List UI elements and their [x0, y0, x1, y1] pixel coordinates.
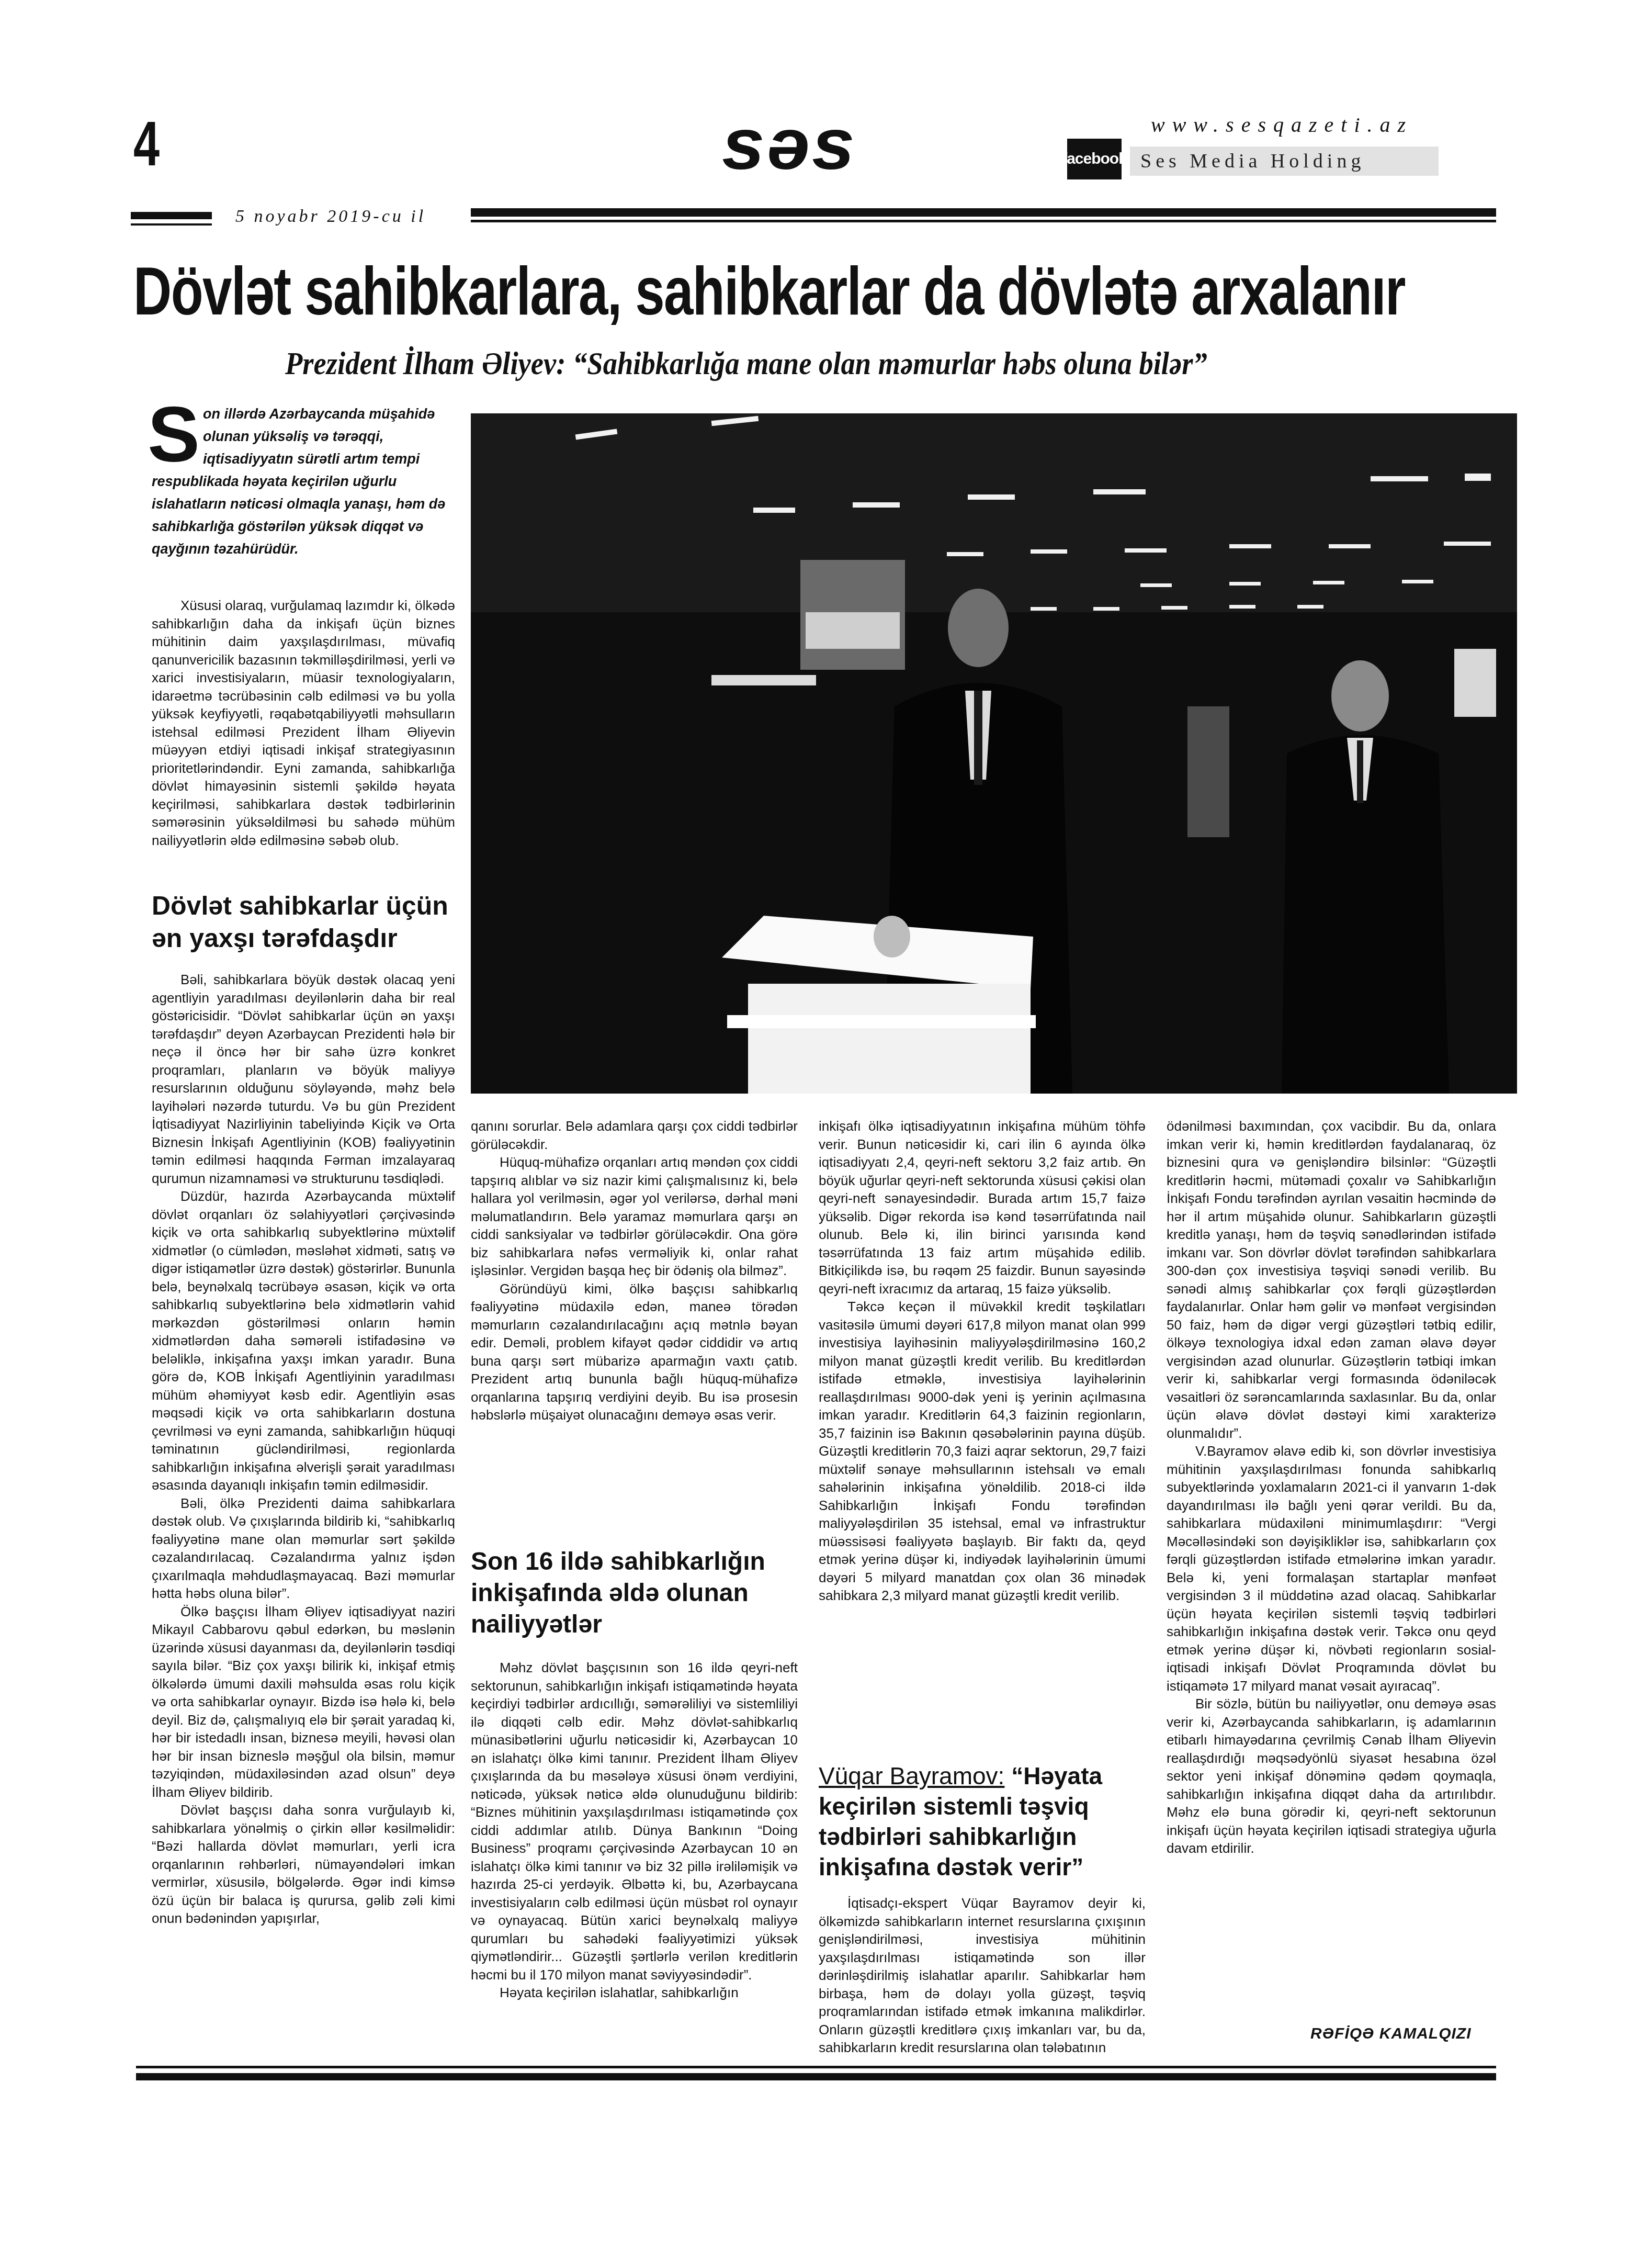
- website-link[interactable]: www.sesqazeti.az: [1151, 112, 1413, 137]
- paragraph: qanını sorurlar. Belə adamlara qarşı çox…: [471, 1117, 798, 1153]
- article-headline: Dövlət sahibkarlara, sahibkarlar da dövl…: [133, 254, 1215, 329]
- issue-date: 5 noyabr 2019-cu il: [235, 207, 426, 227]
- paragraph: Məhz dövlət başçısının son 16 ildə qeyri…: [471, 1659, 798, 1984]
- media-holding-label: Ses Media Holding: [1130, 147, 1439, 176]
- paragraph: inkişafı ölkə iqtisadiyyatının inkişafın…: [819, 1117, 1146, 1298]
- divider: [131, 223, 212, 226]
- paragraph: Göründüyü kimi, ölkə başçısı sahibkarlıq…: [471, 1280, 798, 1424]
- author-byline: RƏFİQƏ KAMALQIZI: [1310, 2025, 1472, 2043]
- divider: [131, 212, 212, 219]
- paragraph: Həyata keçirilən islahatlar, sahibkarlığ…: [471, 1984, 798, 2002]
- footer-divider: [136, 2073, 1496, 2080]
- article-column-2-continued: Məhz dövlət başçısının son 16 ildə qeyri…: [471, 1659, 798, 2002]
- paragraph: Təkcə keçən il müvəkkil kredit təşkilatl…: [819, 1298, 1146, 1605]
- article-subheadline: Prezident İlham Əliyev: “Sahibkarlığa ma…: [285, 345, 1207, 382]
- article-column-3-continued: İqtisadçı-ekspert Vüqar Bayramov deyir k…: [819, 1894, 1146, 2057]
- section-heading: Son 16 ildə sahibkarlığın inkişafında əl…: [471, 1546, 798, 1640]
- section-heading-interview: Vüqar Bayramov: “Həyata keçirilən sistem…: [819, 1761, 1146, 1882]
- divider: [471, 220, 1496, 222]
- footer-divider: [136, 2066, 1496, 2068]
- article-column-1: Xüsusi olaraq, vurğulamaq lazımdır ki, ö…: [152, 596, 455, 849]
- paragraph: Ölkə başçısı İlham Əliyev iqtisadiyyat n…: [152, 1603, 455, 1802]
- photo-illustration: [471, 413, 1517, 1094]
- divider: [471, 208, 1496, 217]
- paragraph: ödənilməsi baxımından, çox vacibdir. Bu …: [1167, 1117, 1496, 1442]
- paragraph: Hüquq-mühafizə orqanları artıq məndən ço…: [471, 1153, 798, 1280]
- article-lead: Son illərdə Azərbaycanda müşahidə olunan…: [152, 403, 455, 560]
- facebook-label: facebook: [1062, 150, 1127, 168]
- newspaper-logo: səs: [722, 107, 857, 181]
- speaker-name: Vüqar Bayramov:: [819, 1762, 1004, 1789]
- page-number: 4: [133, 112, 160, 175]
- drop-cap: S: [148, 403, 200, 466]
- paragraph: Bəli, sahibkarlara böyük dəstək olacaq y…: [152, 971, 455, 1187]
- paragraph: Bir sözlə, bütün bu nailiyyətlər, onu de…: [1167, 1695, 1496, 1858]
- article-photo: [471, 413, 1517, 1094]
- article-column-4: ödənilməsi baxımından, çox vacibdir. Bu …: [1167, 1117, 1496, 1858]
- paragraph: Xüsusi olaraq, vurğulamaq lazımdır ki, ö…: [152, 596, 455, 849]
- paragraph: V.Bayramov əlavə edib ki, son dövrlər in…: [1167, 1442, 1496, 1695]
- article-column-1-continued: Bəli, sahibkarlara böyük dəstək olacaq y…: [152, 971, 455, 1928]
- paragraph: Bəli, ölkə Prezidenti daima sahibkarlara…: [152, 1494, 455, 1603]
- article-column-3: inkişafı ölkə iqtisadiyyatının inkişafın…: [819, 1117, 1146, 1605]
- section-heading: Dövlət sahibkarlar üçün ən yaxşı tərəfda…: [152, 890, 466, 954]
- article-column-2: qanını sorurlar. Belə adamlara qarşı çox…: [471, 1117, 798, 1424]
- paragraph: Dövlət başçısı daha sonra vurğulayıb ki,…: [152, 1801, 455, 1928]
- paragraph: Düzdür, hazırda Azərbaycanda müxtəlif dö…: [152, 1187, 455, 1494]
- paragraph: İqtisadçı-ekspert Vüqar Bayramov deyir k…: [819, 1894, 1146, 2057]
- facebook-icon[interactable]: facebook: [1067, 139, 1122, 179]
